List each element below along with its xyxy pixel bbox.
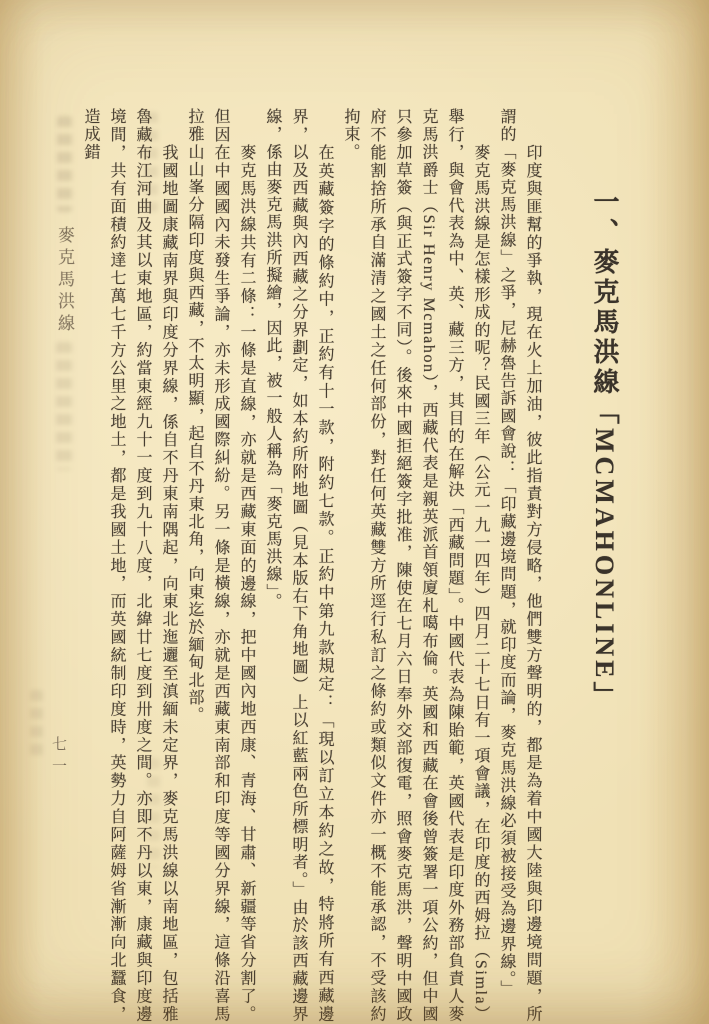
paragraph: 麥克馬洪線共有二條：一條是直線，亦就是西藏東面的邊線，把中國內地西康、青海、甘肅… — [181, 108, 259, 1023]
paragraph: 在英藏簽字的條約中，正約有十一款，附約七款。正約中第九款規定：「現以訂立本約之故… — [259, 108, 337, 1023]
scanned-book-page: 一、麥克馬洪線「MCMAHONLINE」 印度與匪幫的爭執，現在火上加油，彼此指… — [0, 0, 709, 1024]
paragraph: 印度與匪幫的爭執，現在火上加油，彼此指責對方侵略，他們雙方聲明的，都是為着中國大… — [493, 108, 545, 1023]
paragraph: 我國地圖康藏南界與印度分界線，係自不丹東南隅起，向東北迤邐至滇緬未定界，麥克馬洪… — [77, 108, 181, 1023]
page-number: 七一 — [48, 736, 69, 780]
ink-bleedthrough-smudge — [57, 116, 72, 212]
section-heading: 一、麥克馬洪線「MCMAHONLINE」 — [586, 188, 623, 948]
ink-bleedthrough-smudge — [56, 342, 72, 470]
paragraph: 麥克馬洪線是怎樣形成的呢？民國三年（公元一九一四年）四月二十七日有一項會議，在印… — [337, 108, 493, 1023]
ink-bleedthrough-smudge — [30, 690, 43, 760]
margin-running-title: 麥克馬洪線 — [52, 226, 77, 336]
body-text: 印度與匪幫的爭執，現在火上加油，彼此指責對方侵略，他們雙方聲明的，都是為着中國大… — [95, 108, 545, 1023]
